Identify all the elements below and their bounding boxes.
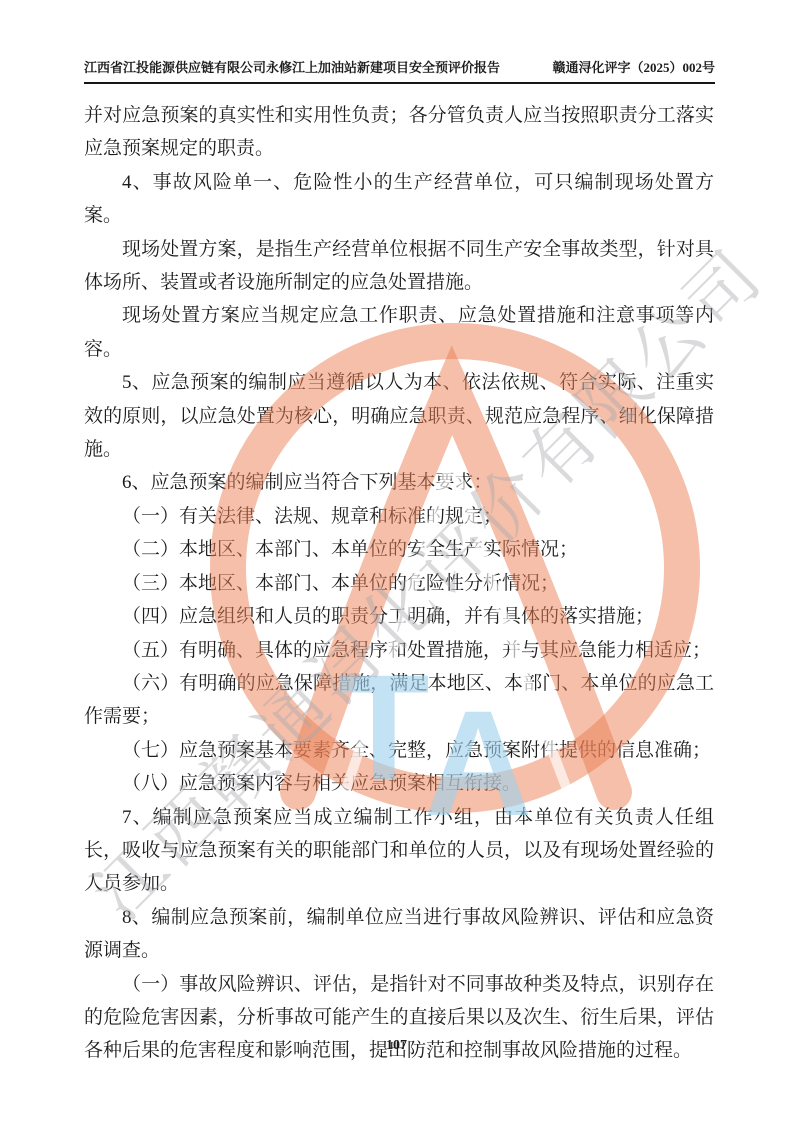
header-report-title: 江西省江投能源供应链有限公司永修江上加油站新建项目安全预评价报告 bbox=[84, 58, 500, 78]
list-item: （二）本地区、本部门、本单位的安全生产实际情况； bbox=[84, 533, 714, 566]
list-item: （五）有明确、具体的应急程序和处置措施，并与其应急能力相适应； bbox=[84, 634, 714, 667]
paragraph: 8、编制应急预案前，编制单位应当进行事故风险辨识、评估和应急资源调查。 bbox=[84, 901, 714, 968]
page-header: 江西省江投能源供应链有限公司永修江上加油站新建项目安全预评价报告 赣通浔化评字（… bbox=[84, 58, 715, 84]
document-page: 江西省江投能源供应链有限公司永修江上加油站新建项目安全预评价报告 赣通浔化评字（… bbox=[0, 0, 793, 1122]
paragraph: 4、事故风险单一、危险性小的生产经营单位，可只编制现场处置方案。 bbox=[84, 166, 714, 233]
document-body: 并对应急预案的真实性和实用性负责；各分管负责人应当按照职责分工落实应急预案规定的… bbox=[84, 99, 714, 1068]
list-item: （八）应急预案内容与相关应急预案相互衔接。 bbox=[84, 767, 714, 800]
paragraph: 现场处置方案，是指生产经营单位根据不同生产安全事故类型，针对具体场所、装置或者设… bbox=[84, 233, 714, 300]
paragraph: 并对应急预案的真实性和实用性负责；各分管负责人应当按照职责分工落实应急预案规定的… bbox=[84, 99, 714, 166]
list-item: （三）本地区、本部门、本单位的危险性分析情况； bbox=[84, 567, 714, 600]
header-doc-number: 赣通浔化评字（2025）002号 bbox=[552, 58, 715, 78]
paragraph: 6、应急预案的编制应当符合下列基本要求： bbox=[84, 466, 714, 499]
list-item: （六）有明确的应急保障措施，满足本地区、本部门、本单位的应急工作需要； bbox=[84, 667, 714, 734]
paragraph: 5、应急预案的编制应当遵循以人为本、依法依规、符合实际、注重实效的原则，以应急处… bbox=[84, 366, 714, 466]
page-number: 107 bbox=[0, 1038, 793, 1054]
paragraph: 现场处置方案应当规定应急工作职责、应急处置措施和注意事项等内容。 bbox=[84, 299, 714, 366]
list-item: （四）应急组织和人员的职责分工明确，并有具体的落实措施； bbox=[84, 600, 714, 633]
list-item: （七）应急预案基本要素齐全、完整，应急预案附件提供的信息准确； bbox=[84, 734, 714, 767]
list-item: （一）有关法律、法规、规章和标准的规定； bbox=[84, 500, 714, 533]
paragraph: 7、编制应急预案应当成立编制工作小组，由本单位有关负责人任组长，吸收与应急预案有… bbox=[84, 801, 714, 901]
